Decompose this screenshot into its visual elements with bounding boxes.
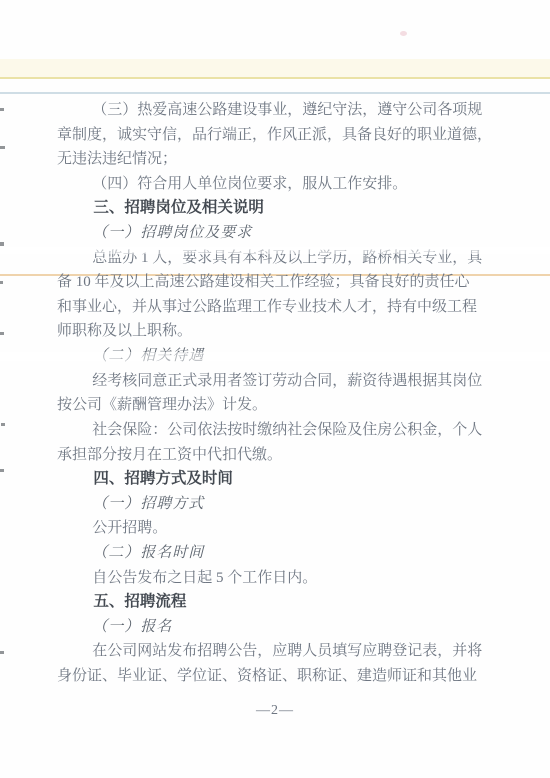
text-line: （一）招聘岗位及要求	[57, 221, 493, 246]
scan-white-streak	[0, 352, 550, 361]
scan-speck	[0, 108, 4, 111]
text-line: 师职称及以上职称。	[57, 319, 493, 344]
text-line: 四、招聘方式及时间	[57, 467, 493, 492]
text-line: 在公司网站发布招聘公告，应聘人员填写应聘登记表，并将	[57, 639, 493, 664]
text-line: 按公司《薪酬管理办法》计发。	[57, 393, 493, 418]
scan-speck	[0, 146, 5, 149]
scan-artifact-blue-rule	[0, 92, 550, 94]
text-line: （一）招聘方式	[57, 492, 493, 517]
text-line: 经考核同意正式录用者签订劳动合同，薪资待遇根据其岗位	[57, 369, 493, 394]
scan-white-streak	[0, 247, 550, 254]
text-line: 社会保险：公司依法按时缴纳社会保险及住房公积金，个人	[57, 418, 493, 443]
text-line: 身份证、毕业证、学位证、资格证、职称证、建造师证和其他业	[57, 664, 493, 689]
text-line: 备 10 年及以上高速公路建设相关工作经验；具备良好的责任心	[57, 270, 493, 295]
text-line: 公开招聘。	[57, 516, 493, 541]
text-line: 自公告发布之日起 5 个工作日内。	[57, 566, 493, 591]
scan-speck	[0, 281, 3, 284]
text-line: （二）报名时间	[57, 541, 493, 566]
scan-speck	[0, 332, 4, 335]
scan-speck	[0, 242, 4, 246]
scan-speck	[0, 469, 4, 472]
text-line: 章制度，诚实守信，品行端正，作风正派，具备良好的职业道德，	[57, 123, 493, 148]
text-line: （一）报名	[57, 615, 493, 640]
document-body: （三）热爱高速公路建设事业，遵纪守法，遵守公司各项规章制度，诚实守信，品行端正，…	[57, 98, 493, 689]
text-line: （四）符合用人单位岗位要求，服从工作安排。	[57, 172, 493, 197]
text-line: 和事业心，并从事过公路监理工作专业技术人才，持有中级工程	[57, 295, 493, 320]
scan-speck	[1, 423, 5, 426]
text-line: （三）热爱高速公路建设事业，遵纪守法，遵守公司各项规	[57, 98, 493, 123]
text-line: 三、招聘岗位及相关说明	[57, 196, 493, 221]
scan-speck	[0, 651, 4, 654]
scan-artifact-cream-band	[0, 59, 550, 78]
scanned-document-page: （三）热爱高速公路建设事业，遵纪守法，遵守公司各项规章制度，诚实守信，品行端正，…	[0, 0, 550, 778]
text-line: 承担部分按月在工资中代扣代缴。	[57, 443, 493, 468]
text-line: 无违法违纪情况；	[57, 147, 493, 172]
scan-artifact-pink-dot	[400, 31, 407, 36]
page-number: —2—	[0, 703, 550, 719]
scan-artifact-yellow-rule	[0, 77, 550, 79]
text-line: 五、招聘流程	[57, 590, 493, 615]
